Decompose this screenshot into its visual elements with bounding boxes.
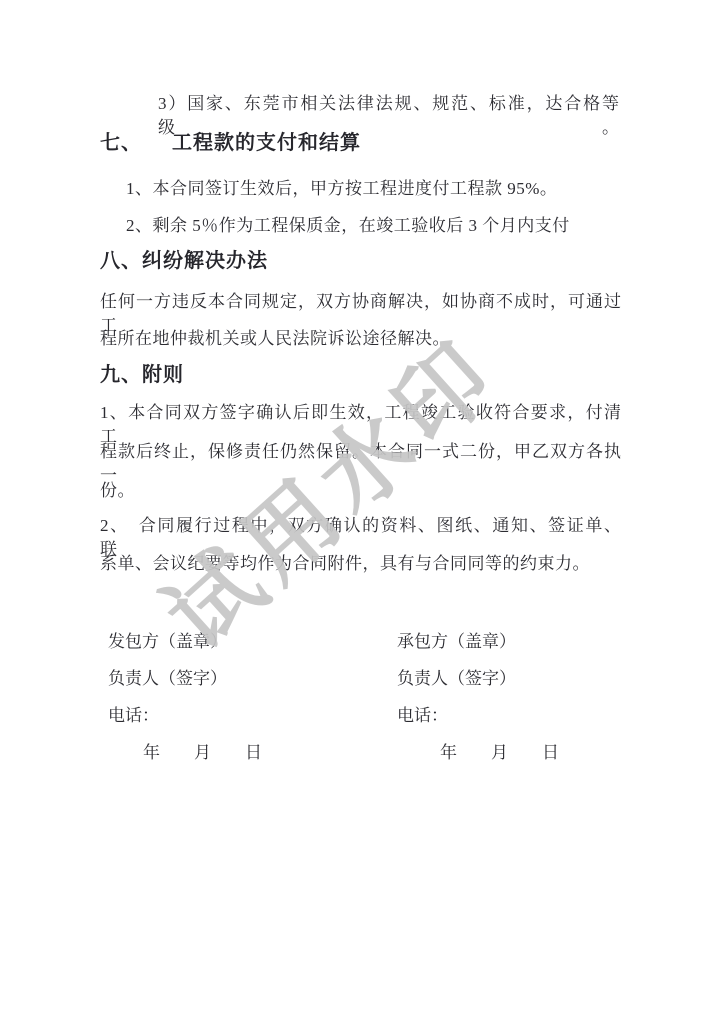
- section-9-item-1-line-1: 1、本合同双方签字确认后即生效，工程竣工验收符合要求，付清工: [100, 401, 622, 425]
- contract-page: 3）国家、东莞市相关法律法规、规范、标准，达合格等级。 七、工程款的支付和结算 …: [0, 0, 724, 1024]
- section-9-item-1-line-2: 程款后终止，保修责任仍然保留。本合同一式二份，甲乙双方各执一: [100, 440, 622, 464]
- section-7-heading: 七、工程款的支付和结算: [100, 131, 361, 155]
- employer-signer-label: 负责人（签字）: [108, 667, 227, 691]
- section-7-title: 工程款的支付和结算: [172, 132, 361, 154]
- section-9-item-2-line-2: 系单、会议纪要等均作为合同附件，具有与合同同等的约束力。: [100, 552, 590, 576]
- section-7-item-2: 2、剩余 5％作为工程保质金，在竣工验收后 3 个月内支付: [126, 214, 570, 238]
- section-8-body-line-2: 程所在地仲裁机关或人民法院诉讼途径解决。: [100, 327, 450, 351]
- section-8-body-line-1: 任何一方违反本合同规定，双方协商解决，如协商不成时，可通过工: [100, 290, 622, 314]
- employer-date-line: 年 月 日: [143, 741, 262, 765]
- contractor-phone-label: 电话：: [397, 704, 448, 728]
- contractor-signer-label: 负责人（签字）: [397, 667, 516, 691]
- contractor-seal-label: 承包方（盖章）: [397, 630, 516, 654]
- section-8-heading: 八、纠纷解决办法: [100, 249, 268, 273]
- clause-6-item-3: 3）国家、东莞市相关法律法规、规范、标准，达合格等级。: [158, 92, 620, 116]
- trial-watermark: 试用水印: [151, 329, 510, 665]
- section-9-heading: 九、附则: [100, 363, 184, 387]
- section-9-item-2-line-1: 2、 合同履行过程中，双方确认的资料、图纸、通知、签证单、联: [100, 514, 622, 538]
- contractor-date-line: 年 月 日: [440, 741, 559, 765]
- employer-phone-label: 电话：: [108, 704, 159, 728]
- section-7-item-1: 1、本合同签订生效后，甲方按工程进度付工程款 95%。: [126, 177, 557, 201]
- employer-seal-label: 发包方（盖章）: [108, 630, 227, 654]
- section-7-number: 七、: [100, 132, 142, 154]
- section-9-item-1-line-3: 份。: [100, 479, 135, 503]
